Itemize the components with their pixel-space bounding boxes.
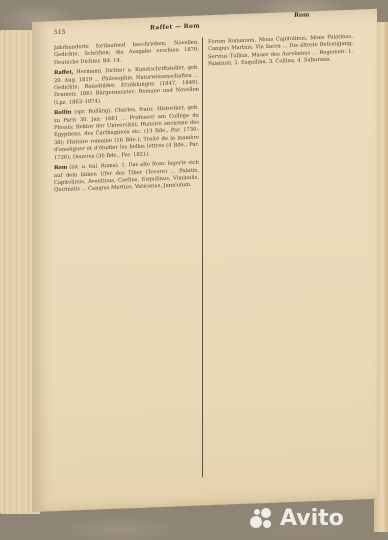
entry-raffet: Raffet, Hermann, Dichter u. Kunstschrift… xyxy=(54,65,199,108)
page-number: 515 xyxy=(54,29,65,36)
right-column: Forum Romanum, Mons Capitolinus, Mons Pa… xyxy=(208,34,353,69)
open-book: 515 Raffet — Rom Rom Jahrhunderts fortla… xyxy=(0,22,388,510)
book-page: 515 Raffet — Rom Rom Jahrhunderts fortla… xyxy=(32,9,377,512)
running-head-right: Rom xyxy=(294,11,309,19)
watermark-label: Avito xyxy=(280,506,344,531)
entry: Jahrhunderts fortlaufend beschrieben; No… xyxy=(54,40,199,68)
entry-rollin: Rollin (spr. Rolläng), Charles, franz. H… xyxy=(54,105,199,162)
column-rule xyxy=(202,37,203,477)
entry-rom: Rom (lat. u. ital. Roma). 1. Das alte Ro… xyxy=(54,160,199,195)
running-head-left: Raffet — Rom xyxy=(150,23,200,32)
left-column: Jahrhunderts fortlaufend beschrieben; No… xyxy=(54,40,199,195)
avito-watermark: Avito xyxy=(250,506,344,531)
avito-logo-icon xyxy=(250,508,276,530)
